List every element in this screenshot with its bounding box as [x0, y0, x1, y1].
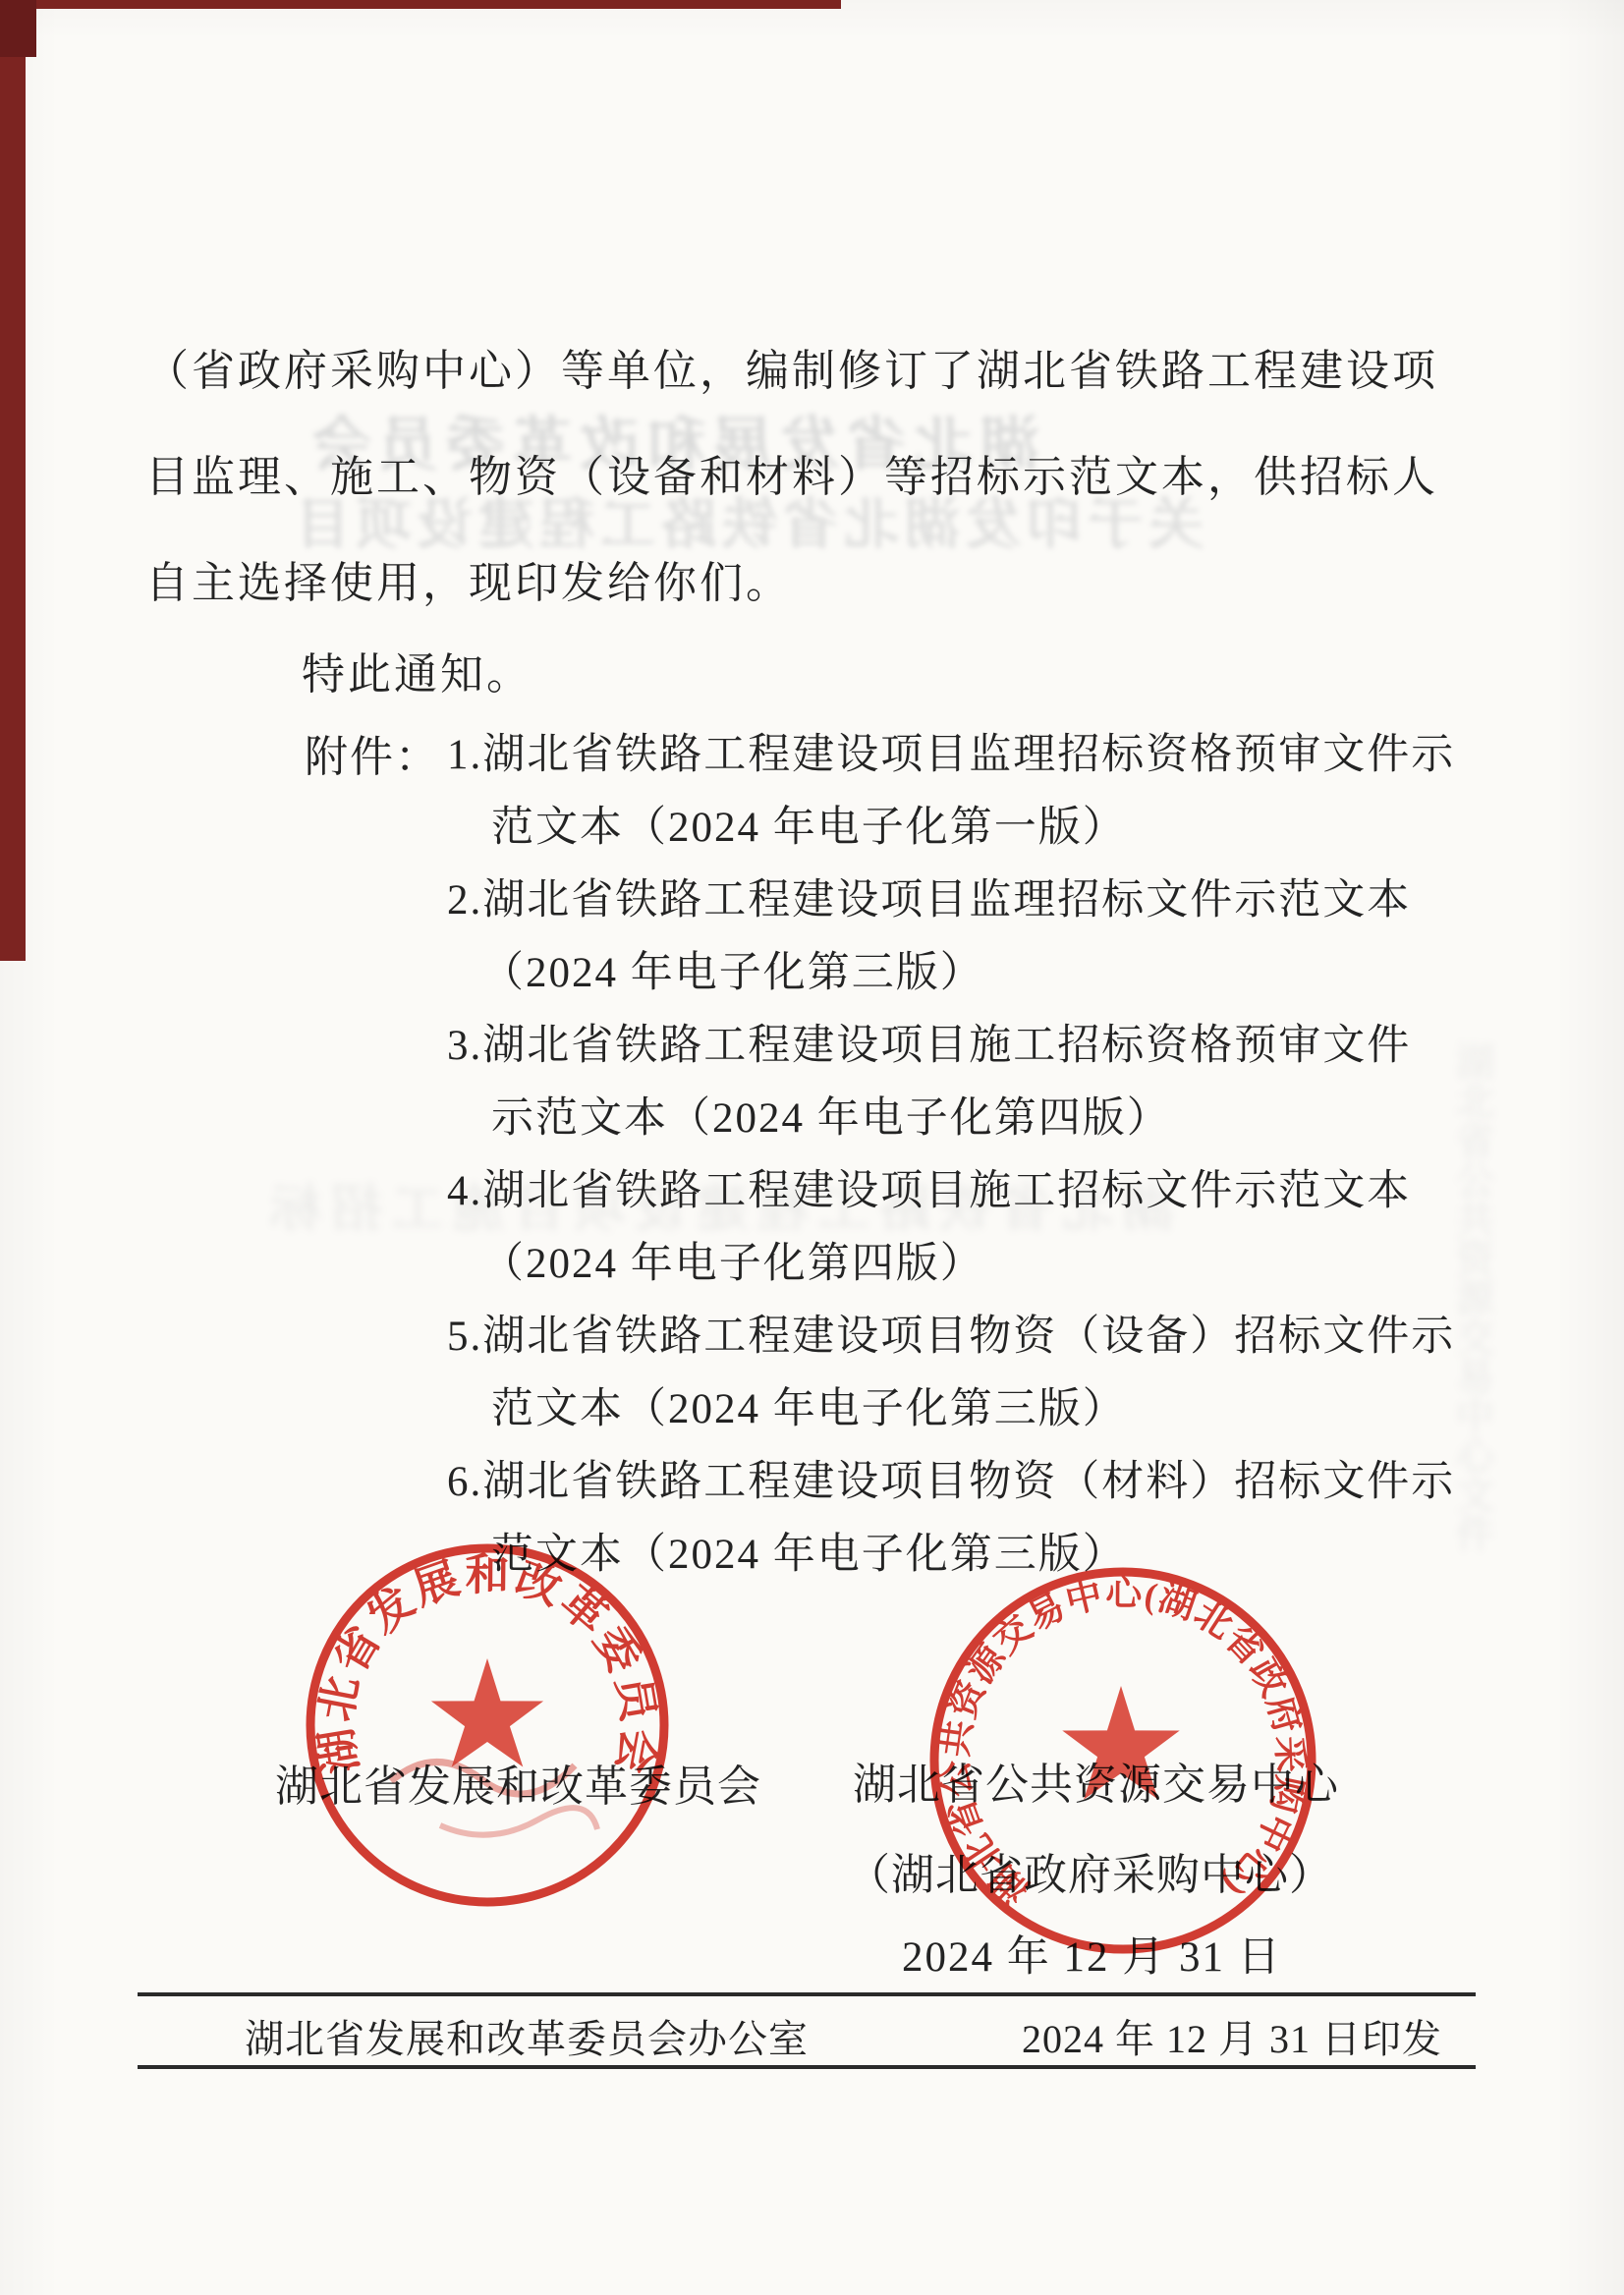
seal-star-icon: [431, 1658, 543, 1767]
footer-rule-top: [138, 1992, 1476, 1996]
attachment-line: 2.湖北省铁路工程建设项目监理招标文件示范文本: [447, 867, 1411, 926]
official-seal-right: 湖北省公共资源交易中心(湖北省政府采购中心): [917, 1552, 1329, 1969]
attachment-line: 范文本（2024 年电子化第一版）: [491, 794, 1127, 854]
footer-office: 湖北省发展和改革委员会办公室: [245, 2008, 809, 2064]
bleed-through-ghost: 湖北省公共资源交易中心文件: [1444, 1041, 1500, 1847]
official-seal-left: 湖北省发展和改革委员会: [293, 1531, 682, 1920]
attachment-line: 4.湖北省铁路工程建设项目施工招标文件示范文本: [447, 1157, 1411, 1217]
attachment-line: （2024 年电子化第四版）: [481, 1230, 984, 1290]
attachment-line: 6.湖北省铁路工程建设项目物资（材料）招标文件示: [447, 1448, 1455, 1508]
attachment-line: 范文本（2024 年电子化第三版）: [491, 1375, 1127, 1435]
attachment-line: 3.湖北省铁路工程建设项目施工招标资格预审文件: [447, 1012, 1411, 1072]
scan-edge-top: [0, 0, 841, 9]
attachment-line: 1.湖北省铁路工程建设项目监理招标资格预审文件示: [447, 721, 1455, 781]
scan-edge-corner: [0, 0, 36, 57]
scanned-notice-page: 湖北省发展和改革委员会 关于印发湖北省铁路工程建设项目 湖北省铁路工程建设项目施…: [0, 0, 1624, 2295]
attachment-line: （2024 年电子化第三版）: [481, 939, 984, 999]
body-line: 自主选择使用，现印发给你们。: [145, 547, 792, 610]
notice-line: 特此通知。: [302, 639, 532, 701]
seal-signature-stroke: [391, 1762, 575, 1794]
attachment-line: 示范文本（2024 年电子化第四版）: [491, 1085, 1171, 1145]
body-line: 目监理、施工、物资（设备和材料）等招标示范文本，供招标人: [145, 441, 1438, 504]
footer-print-date: 2024 年 12 月 31 日印发: [1022, 2008, 1442, 2064]
attachments-label: 附件：: [305, 721, 440, 784]
seal-signature-stroke: [440, 1808, 597, 1835]
scan-edge-left: [0, 0, 26, 961]
seal-star-icon: [1062, 1686, 1179, 1800]
footer-rule-bottom: [138, 2065, 1476, 2069]
body-line: （省政府采购中心）等单位，编制修订了湖北省铁路工程建设项: [145, 335, 1438, 398]
attachment-line: 5.湖北省铁路工程建设项目物资（设备）招标文件示: [447, 1303, 1455, 1363]
